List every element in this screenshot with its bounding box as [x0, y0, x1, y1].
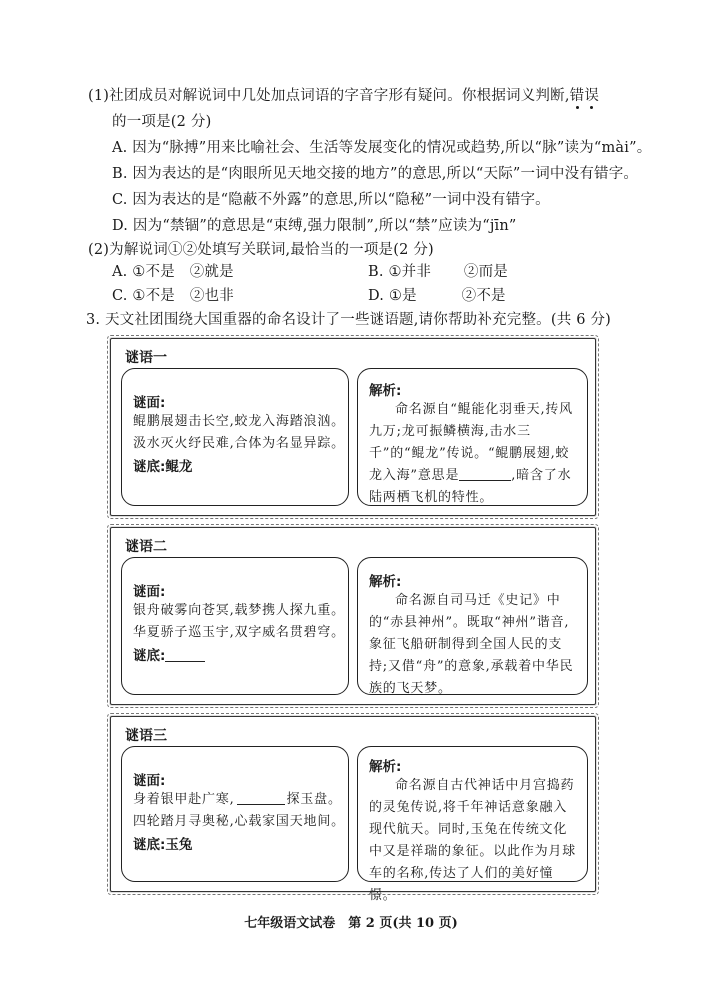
- riddle-face-label: 谜面:: [133, 391, 348, 411]
- riddle-face-line: 鲲鹏展翅击长空,蛟龙入海踏浪汹。: [133, 411, 348, 433]
- riddle-face-line: 四轮踏月寻奥秘,心载家国天地间。: [133, 811, 348, 833]
- riddle-face-label: 谜面:: [133, 769, 348, 789]
- q3-stem: 3. 天文社团围绕大国重器的命名设计了一些谜语题,请你帮助补充完整。(共 6 分…: [86, 310, 611, 330]
- riddle-analysis-text: 命名源自古代神话中月宫捣药的灵兔传说,将千年神话意象融入现代航天。同时,玉兔在传…: [369, 775, 577, 907]
- q2-option-a: A. ①不是 ②就是: [112, 262, 234, 282]
- riddle-face-line: 银舟破雾向苍冥,载梦携人探九重。: [133, 600, 348, 622]
- q1-stem-line2: 的一项是(2 分): [112, 112, 211, 132]
- riddle-analysis-text: 命名源自司马迁《史记》中的“赤县神州”。既取“神州”谐音,象征飞船研制得到全国人…: [369, 590, 577, 700]
- q2-option-b-first: B. ①并非: [368, 264, 431, 280]
- q1-stem-line1: (1)社团成员对解说词中几处加点词语的字音字形有疑问。你根据词义判断,错误: [88, 86, 599, 106]
- q1-stem-text: (1)社团成员对解说词中几处加点词语的字音字形有疑问。你根据词义判断,: [88, 88, 570, 104]
- q2-option-c-first: C. ①不是: [112, 288, 175, 304]
- riddle-answer-label: 谜底:: [133, 837, 165, 853]
- q2-option-b-second: ②而是: [464, 264, 508, 280]
- answer-blank[interactable]: [237, 790, 285, 805]
- page-footer: 七年级语文试卷 第 2 页(共 10 页): [0, 912, 702, 931]
- q2-option-b: B. ①并非 ②而是: [368, 262, 508, 282]
- riddle-answer-label: 谜底:: [133, 459, 165, 475]
- riddle-2-analysis-card: 解析: 命名源自司马迁《史记》中的“赤县神州”。既取“神州”谐音,象征飞船研制得…: [357, 557, 588, 695]
- riddle-face-line: 身着银甲赴广寒,探玉盘。: [133, 789, 348, 811]
- q2-option-d: D. ①是 ②不是: [368, 286, 506, 306]
- q1-option-a: A. 因为“脉搏”用来比喻社会、生活等发展变化的情况或趋势,所以“脉”读为“mà…: [112, 138, 651, 158]
- riddle-1-face-card: 谜面: 鲲鹏展翅击长空,蛟龙入海踏浪汹。 汲水灭火纾民难,合体为名显异踪。 谜底…: [121, 368, 349, 506]
- riddle-3-face-card: 谜面: 身着银甲赴广寒,探玉盘。 四轮踏月寻奥秘,心载家国天地间。 谜底:玉兔: [121, 746, 349, 882]
- riddle-1-frame: 谜语一 谜面: 鲲鹏展翅击长空,蛟龙入海踏浪汹。 汲水灭火纾民难,合体为名显异踪…: [110, 338, 596, 516]
- riddle-analysis-text: 命名源自“鲲能化羽垂天,抟风九万;龙可振鳞横海,击水三千”的“鲲龙”传说。“鲲鹏…: [369, 399, 577, 509]
- riddle-face-line: 华夏骄子巡玉宇,双字威名贯碧穹。: [133, 622, 348, 644]
- emphasis-char: 误: [584, 88, 599, 104]
- riddle-face-label: 谜面:: [133, 580, 348, 600]
- q2-option-a-first: A. ①不是: [112, 264, 175, 280]
- riddle-analysis-label: 解析:: [369, 755, 577, 775]
- q2-stem: (2)为解说词①②处填写关联词,最恰当的一项是(2 分): [88, 240, 434, 260]
- q2-option-c: C. ①不是 ②也非: [112, 286, 234, 306]
- face-text-part: 身着银甲赴广寒,: [133, 792, 235, 807]
- q2-option-c-second: ②也非: [190, 288, 234, 304]
- riddle-1-title: 谜语一: [125, 347, 167, 367]
- riddle-2-title: 谜语二: [125, 536, 167, 556]
- riddle-3-frame: 谜语三 谜面: 身着银甲赴广寒,探玉盘。 四轮踏月寻奥秘,心载家国天地间。 谜底…: [110, 716, 596, 892]
- emphasis-char: 错: [570, 88, 585, 104]
- riddle-analysis-label: 解析:: [369, 570, 577, 590]
- face-text-part: 探玉盘。: [287, 792, 342, 807]
- riddle-3-analysis-card: 解析: 命名源自古代神话中月宫捣药的灵兔传说,将千年神话意象融入现代航天。同时,…: [357, 746, 588, 882]
- riddle-analysis-label: 解析:: [369, 379, 577, 399]
- riddle-3-title: 谜语三: [125, 725, 167, 745]
- q1-option-b: B. 因为表达的是“肉眼所见天地交接的地方”的意思,所以“天际”一词中没有错字。: [112, 164, 638, 184]
- riddle-answer: 鲲龙: [165, 459, 192, 475]
- q2-option-a-second: ②就是: [190, 264, 234, 280]
- q2-option-d-first: D. ①是: [368, 288, 417, 304]
- riddle-2-face-card: 谜面: 银舟破雾向苍冥,载梦携人探九重。 华夏骄子巡玉宇,双字威名贯碧穹。 谜底…: [121, 557, 349, 695]
- answer-blank[interactable]: [459, 466, 511, 481]
- riddle-2-frame: 谜语二 谜面: 银舟破雾向苍冥,载梦携人探九重。 华夏骄子巡玉宇,双字威名贯碧穹…: [110, 527, 596, 705]
- riddle-face-line: 汲水灭火纾民难,合体为名显异踪。: [133, 433, 348, 455]
- q1-option-d: D. 因为“禁锢”的意思是“束缚,强力限制”,所以“禁”应读为“jīn”: [112, 216, 517, 236]
- riddle-answer-label: 谜底:: [133, 648, 165, 664]
- q2-option-d-second: ②不是: [462, 288, 506, 304]
- q1-option-c: C. 因为表达的是“隐蔽不外露”的意思,所以“隐秘”一词中没有错字。: [112, 190, 550, 210]
- answer-blank[interactable]: [165, 647, 205, 662]
- riddle-answer: 玉兔: [165, 837, 192, 853]
- riddle-1-analysis-card: 解析: 命名源自“鲲能化羽垂天,抟风九万;龙可振鳞横海,击水三千”的“鲲龙”传说…: [357, 368, 588, 506]
